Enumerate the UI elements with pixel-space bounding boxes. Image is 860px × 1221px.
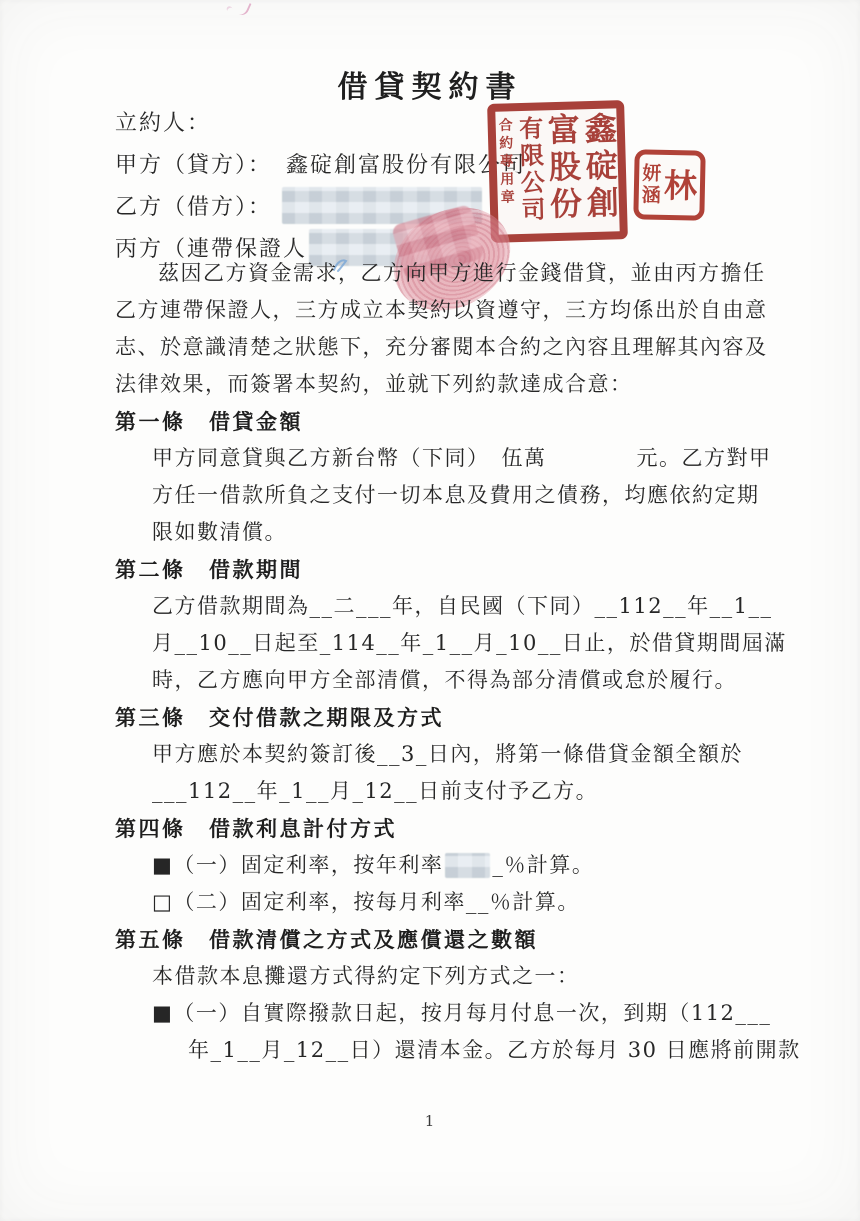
section-3-line: ___112__年_1__月_12__日前支付予乙方。: [152, 773, 815, 810]
section-5-heading: 第五條 借款清償之方式及應償還之數額: [115, 921, 815, 958]
section-3-heading: 第三條 交付借款之期限及方式: [115, 699, 815, 736]
name-seal-given-name: 妍 涵: [642, 164, 662, 205]
section-1-line: 方任一借款所負之支付一切本息及費用之債務，均應依約定期: [152, 477, 815, 514]
preamble-line: 茲因乙方資金需求，乙方向甲方進行金錢借貸，並由丙方擔任: [115, 255, 815, 292]
section-4-option-1-prefix: ■（一）固定利率，按年利率: [152, 853, 443, 877]
company-seal-column-2: 富股份: [545, 112, 580, 230]
page-number: 1: [0, 1112, 860, 1130]
section-5-line: 年_1__月_12__日）還清本金。乙方於每月 30 日應將前開款: [188, 1032, 815, 1069]
company-seal-side-text: 合約專用章: [497, 114, 514, 231]
pink-ink-mark: [235, 0, 251, 18]
party-intro-label: 立約人：: [115, 111, 211, 136]
section-4-option-1-suffix: _％計算。: [492, 853, 594, 877]
section-5-line: 本借款本息攤還方式得約定下列方式之一：: [152, 958, 815, 995]
redaction-blur-interest-rate: [445, 853, 490, 878]
section-2-line: 月__10__日起至_114__年_1__月_10__日止，於借貸期間屆滿: [152, 625, 815, 662]
name-seal-surname: 林: [664, 168, 698, 202]
section-2-heading: 第二條 借款期間: [115, 551, 815, 588]
party-a-line: 甲方（貸方）：鑫碇創富股份有限公司: [115, 145, 526, 187]
section-1-heading: 第一條 借貸金額: [115, 403, 815, 440]
section-1-line: 限如數清償。: [152, 514, 815, 551]
section-5-line: ■（一）自實際撥款日起，按月每月付息一次，到期（112___: [152, 995, 815, 1032]
company-seal-column-3: 有限公司: [516, 113, 543, 231]
section-4-option-2: □（二）固定利率，按每月利率__％計算。: [152, 884, 815, 921]
party-a-label: 甲方（貸方）：: [115, 153, 272, 178]
pink-ink-mark: [225, 5, 234, 15]
party-intro-line: 立約人：: [115, 103, 526, 145]
party-b-label: 乙方（借方）：: [115, 195, 272, 220]
name-seal-stamp: 林 妍 涵: [633, 149, 705, 220]
preamble-line: 法律效果，而簽署本契約，並就下列約款達成合意：: [115, 366, 815, 403]
section-4-option-1: ■（一）固定利率，按年利率_％計算。: [152, 847, 815, 884]
page-title: 借貸契約書: [0, 62, 860, 106]
name-seal-char-top: 妍: [642, 164, 661, 183]
document-page: 借貸契約書 立約人： 甲方（貸方）：鑫碇創富股份有限公司 乙方（借方）： 丙方（…: [0, 0, 860, 1221]
name-seal-char-bottom: 涵: [642, 186, 661, 205]
contract-body: 茲因乙方資金需求，乙方向甲方進行金錢借貸，並由丙方擔任 乙方連帶保證人，三方成立…: [115, 255, 815, 1069]
section-1-line: 甲方同意貸與乙方新台幣（下同） 伍萬 元。乙方對甲: [152, 440, 815, 477]
company-seal-stamp: 鑫碇創 富股份 有限公司 合約專用章: [487, 100, 628, 243]
section-2-line: 時，乙方應向甲方全部清償，不得為部分清償或怠於履行。: [152, 662, 815, 699]
section-3-line: 甲方應於本契約簽訂後__3_日內，將第一條借貸金額全額於: [152, 736, 815, 773]
section-2-line: 乙方借款期間為__二___年，自民國（下同）__112__年__1__: [152, 588, 815, 625]
section-4-heading: 第四條 借款利息計付方式: [115, 810, 815, 847]
preamble-line: 志、於意識清楚之狀態下，充分審閱本合約之內容且理解其內容及: [115, 329, 815, 366]
preamble-line: 乙方連帶保證人，三方成立本契約以資遵守，三方均係出於自由意: [115, 292, 815, 329]
company-seal-column-1: 鑫碇創: [582, 111, 617, 229]
